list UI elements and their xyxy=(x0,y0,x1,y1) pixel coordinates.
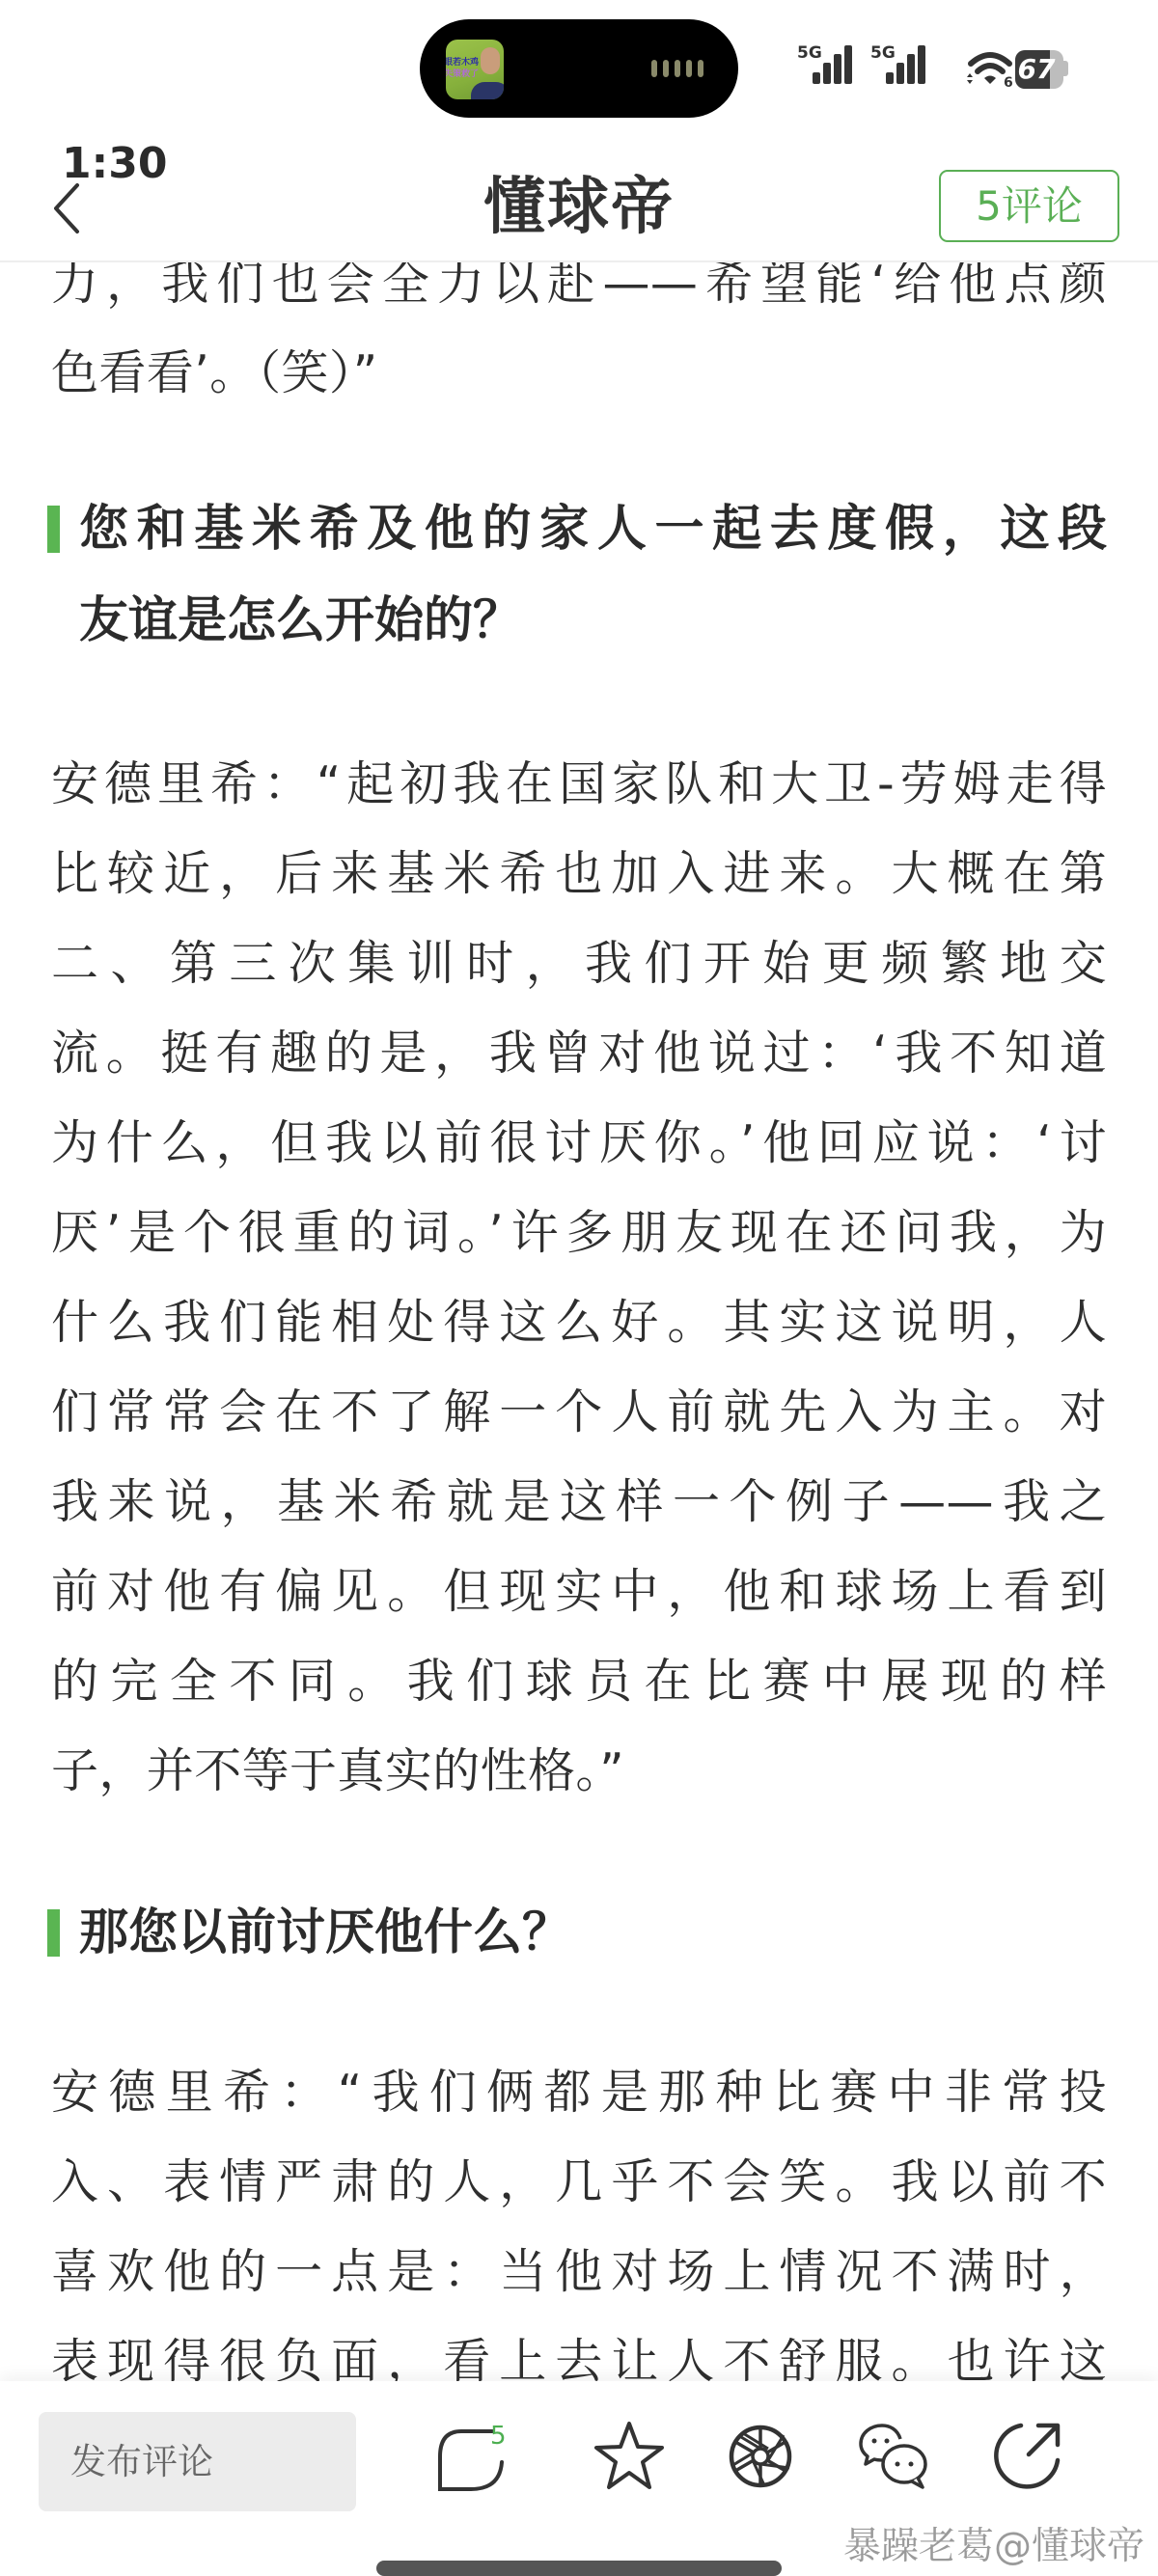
favorite-button[interactable] xyxy=(591,2418,668,2495)
app-logo: 懂球帝 xyxy=(386,164,772,251)
heading-accent-bar xyxy=(47,506,60,553)
watermark: 暴躁老葛@懂球帝 xyxy=(843,2523,1144,2571)
cellular-signal-icon: 5G xyxy=(797,43,851,84)
battery-tip xyxy=(1063,61,1068,76)
article-body: 力，我们也会全力以赴——希望能‘给他点颜 色看看’。（笑）” 您和基米希及他的家… xyxy=(0,262,1158,2381)
dynamic-island[interactable]: 眼若木鸡 失策救了 xyxy=(420,19,738,118)
cellular-signal-icon-2: 5G xyxy=(870,43,924,84)
comment-count-badge: 5 xyxy=(490,2422,507,2451)
home-indicator[interactable] xyxy=(376,2561,782,2576)
thumbnail-caption: 失策救了 xyxy=(446,67,479,79)
share-button[interactable] xyxy=(988,2418,1065,2495)
heading-accent-bar xyxy=(47,1909,60,1957)
wechat-icon xyxy=(855,2418,932,2495)
share-moments-button[interactable] xyxy=(722,2418,799,2495)
wifi-icon: 6 xyxy=(965,48,1015,93)
chevron-left-icon xyxy=(50,181,89,235)
battery-icon: 67 xyxy=(1015,50,1063,89)
battery-level: 67 xyxy=(1017,52,1056,87)
star-icon xyxy=(591,2418,668,2495)
moments-aperture-icon xyxy=(722,2418,799,2495)
audio-waveform-icon xyxy=(651,60,703,77)
comment-input[interactable]: 发布评论 xyxy=(39,2412,356,2511)
svg-text:6: 6 xyxy=(1004,75,1013,89)
share-wechat-button[interactable] xyxy=(855,2418,932,2495)
comments-button[interactable]: 5评论 xyxy=(939,170,1119,242)
article-paragraph: 力，我们也会全力以赴——希望能‘给他点颜 色看看’。（笑）” xyxy=(51,262,1107,418)
article-paragraph: 安德里希：“我们俩都是那种比赛中非常投 入、表情严肃的人，几乎不会笑。我以前不 … xyxy=(51,2047,1107,2381)
article-paragraph: 安德里希：“起初我在国家队和大卫-劳姆走得 比较近，后来基米希也加入进来。大概在… xyxy=(51,739,1107,1816)
back-button[interactable] xyxy=(50,181,89,235)
share-icon xyxy=(988,2418,1065,2495)
now-playing-thumbnail: 眼若木鸡 失策救了 xyxy=(446,40,504,99)
